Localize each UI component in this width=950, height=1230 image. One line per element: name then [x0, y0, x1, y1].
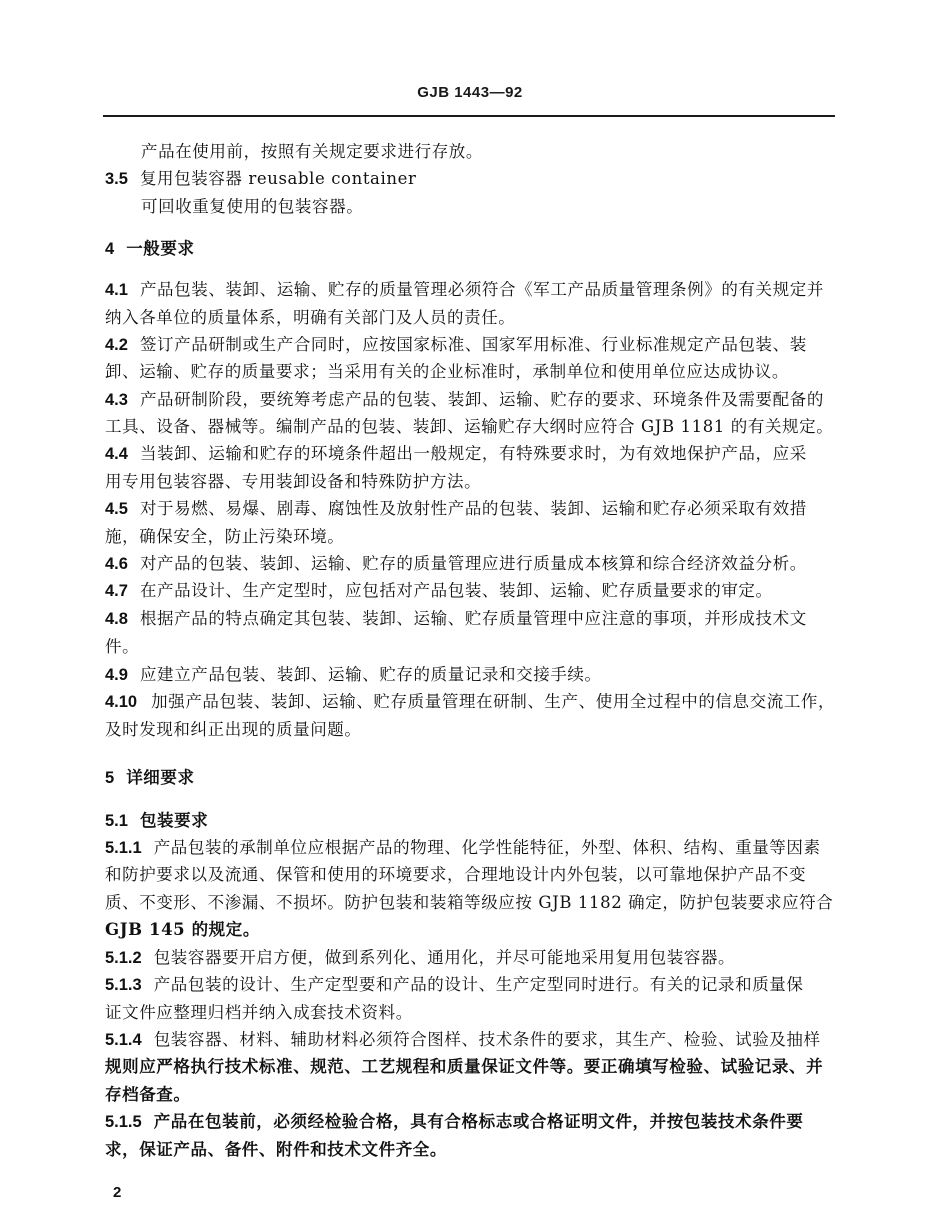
subsection-5-1-heading: 5.1包装要求	[105, 810, 208, 832]
clause-5-1-1: 5.1.1产品包装的承制单位应根据产品的物理、化学性能特征，外型、体积、结构、重…	[105, 837, 821, 859]
clause-text: 对产品的包装、装卸、运输、贮存的质量管理应进行质量成本核算和综合经济效益分析。	[140, 554, 807, 573]
section-number: 4	[105, 238, 114, 260]
clause-4-3: 4.3产品研制阶段，要统筹考虑产品的包装、装卸、运输、贮存的要求、环境条件及需要…	[105, 389, 824, 411]
section-title: 详细要求	[126, 768, 194, 787]
clause-text: 产品在包装前，必须经检验合格，具有合格标志或合格证明文件，并按包装技术条件要	[154, 1112, 804, 1131]
clause-number: 3.5	[105, 168, 128, 190]
clause-5-1-5-cont: 求，保证产品、备件、附件和技术文件齐全。	[105, 1139, 447, 1161]
clause-number: 4.1	[105, 279, 128, 301]
clause-text: 产品研制阶段，要统筹考虑产品的包装、装卸、运输、贮存的要求、环境条件及需要配备的	[140, 390, 824, 409]
header-rule	[103, 115, 835, 117]
clause-text: 根据产品的特点确定其包装、装卸、运输、贮存质量管理中应注意的事项，并形成技术文	[140, 609, 807, 628]
clause-4-1: 4.1产品包装、装卸、运输、贮存的质量管理必须符合《军工产品质量管理条例》的有关…	[105, 279, 824, 301]
clause-5-1-5: 5.1.5产品在包装前，必须经检验合格，具有合格标志或合格证明文件，并按包装技术…	[105, 1111, 804, 1133]
clause-3-5: 3.5复用包装容器 reusable container	[105, 168, 416, 190]
clause-number: 4.5	[105, 498, 128, 520]
clause-5-1-4: 5.1.4包装容器、材料、辅助材料必须符合图样、技术条件的要求，其生产、检验、试…	[105, 1029, 821, 1051]
clause-4-8-cont: 件。	[105, 636, 139, 658]
clause-3-5-definition: 可回收重复使用的包装容器。	[141, 196, 363, 218]
clause-text: 产品包装的承制单位应根据产品的物理、化学性能特征，外型、体积、结构、重量等因素	[154, 838, 821, 857]
clause-number: 4.3	[105, 389, 128, 411]
clause-4-9: 4.9应建立产品包装、装卸、运输、贮存的质量记录和交接手续。	[105, 664, 602, 686]
clause-5-1-3-cont: 证文件应整理归档并纳入成套技术资料。	[105, 1002, 413, 1024]
clause-number: 4.6	[105, 553, 128, 575]
section-title: 一般要求	[126, 239, 194, 258]
clause-number: 4.8	[105, 608, 128, 630]
clause-number: 4.4	[105, 443, 128, 465]
clause-5-1-1-cont-1: 和防护要求以及流通、保管和使用的环境要求，合理地设计内外包装，以可靠地保护产品不…	[105, 864, 806, 886]
paragraph-continuation: 产品在使用前，按照有关规定要求进行存放。	[141, 141, 483, 163]
clause-5-1-1-cont-2: 质、不变形、不渗漏、不损坏。防护包装和装箱等级应按 GJB 1182 确定，防护…	[105, 892, 833, 914]
clause-4-5-cont: 施，确保安全，防止污染环境。	[105, 526, 344, 548]
clause-text: 在产品设计、生产定型时，应包括对产品包装、装卸、运输、贮存质量要求的审定。	[140, 581, 773, 600]
subsection-number: 5.1	[105, 810, 128, 832]
clause-number: 4.9	[105, 664, 128, 686]
clause-number: 4.10	[105, 691, 137, 713]
clause-text: 产品包装的设计、生产定型要和产品的设计、生产定型同时进行。有关的记录和质量保	[154, 975, 804, 994]
clause-text: 签订产品研制或生产合同时，应按国家标准、国家军用标准、行业标准规定产品包装、装	[140, 335, 807, 354]
clause-5-1-4-cont-1: 规则应严格执行技术标准、规范、工艺规程和质量保证文件等。要正确填写检验、试验记录…	[105, 1056, 823, 1078]
clause-4-10-cont: 及时发现和纠正出现的质量问题。	[105, 719, 362, 741]
clause-text: 产品包装、装卸、运输、贮存的质量管理必须符合《军工产品质量管理条例》的有关规定并	[140, 280, 824, 299]
clause-4-4: 4.4当装卸、运输和贮存的环境条件超出一般规定，有特殊要求时，为有效地保护产品，…	[105, 443, 807, 465]
clause-number: 4.2	[105, 334, 128, 356]
clause-text: 对于易燃、易爆、剧毒、腐蚀性及放射性产品的包装、装卸、运输和贮存必须采取有效措	[140, 499, 807, 518]
clause-number: 5.1.5	[105, 1111, 142, 1133]
clause-5-1-2: 5.1.2包装容器要开启方便，做到系列化、通用化，并尽可能地采用复用包装容器。	[105, 947, 735, 969]
clause-5-1-4-cont-2: 存档备查。	[105, 1084, 191, 1106]
section-number: 5	[105, 767, 114, 789]
subsection-title: 包装要求	[140, 811, 208, 830]
clause-5-1-3: 5.1.3产品包装的设计、生产定型要和产品的设计、生产定型同时进行。有关的记录和…	[105, 974, 804, 996]
clause-text: 当装卸、运输和贮存的环境条件超出一般规定，有特殊要求时，为有效地保护产品，应采	[140, 444, 807, 463]
clause-number: 4.7	[105, 580, 128, 602]
clause-4-2-cont: 卸、运输、贮存的质量要求；当采用有关的企业标准时，承制单位和使用单位应达成协议。	[105, 361, 789, 383]
clause-4-5: 4.5对于易燃、易爆、剧毒、腐蚀性及放射性产品的包装、装卸、运输和贮存必须采取有…	[105, 498, 807, 520]
clause-4-8: 4.8根据产品的特点确定其包装、装卸、运输、贮存质量管理中应注意的事项，并形成技…	[105, 608, 807, 630]
document-id: GJB 1443—92	[417, 84, 523, 101]
clause-text: 包装容器要开启方便，做到系列化、通用化，并尽可能地采用复用包装容器。	[154, 948, 735, 967]
clause-term: 复用包装容器 reusable container	[140, 169, 417, 188]
clause-4-10: 4.10加强产品包装、装卸、运输、贮存质量管理在研制、生产、使用全过程中的信息交…	[105, 691, 835, 713]
clause-4-3-cont: 工具、设备、器械等。编制产品的包装、装卸、运输贮存大纲时应符合 GJB 1181…	[105, 416, 833, 438]
page-number: 2	[113, 1184, 121, 1201]
document-header: GJB 1443—92	[0, 84, 950, 101]
clause-number: 5.1.2	[105, 947, 142, 969]
clause-number: 5.1.1	[105, 837, 142, 859]
section-5-heading: 5详细要求	[105, 767, 195, 789]
clause-4-7: 4.7在产品设计、生产定型时，应包括对产品包装、装卸、运输、贮存质量要求的审定。	[105, 580, 773, 602]
clause-4-2: 4.2签订产品研制或生产合同时，应按国家标准、国家军用标准、行业标准规定产品包装…	[105, 334, 807, 356]
clause-number: 5.1.4	[105, 1029, 142, 1051]
clause-4-6: 4.6对产品的包装、装卸、运输、贮存的质量管理应进行质量成本核算和综合经济效益分…	[105, 553, 807, 575]
clause-4-4-cont: 用专用包装容器、专用装卸设备和特殊防护方法。	[105, 471, 481, 493]
clause-text: 应建立产品包装、装卸、运输、贮存的质量记录和交接手续。	[140, 665, 602, 684]
clause-text: 加强产品包装、装卸、运输、贮存质量管理在研制、生产、使用全过程中的信息交流工作，	[151, 692, 835, 711]
clause-5-1-1-cont-3: GJB 145 的规定。	[105, 919, 260, 941]
clause-text: 包装容器、材料、辅助材料必须符合图样、技术条件的要求，其生产、检验、试验及抽样	[154, 1030, 821, 1049]
section-4-heading: 4一般要求	[105, 238, 195, 260]
clause-4-1-cont: 纳入各单位的质量体系，明确有关部门及人员的责任。	[105, 307, 515, 329]
clause-number: 5.1.3	[105, 974, 142, 996]
